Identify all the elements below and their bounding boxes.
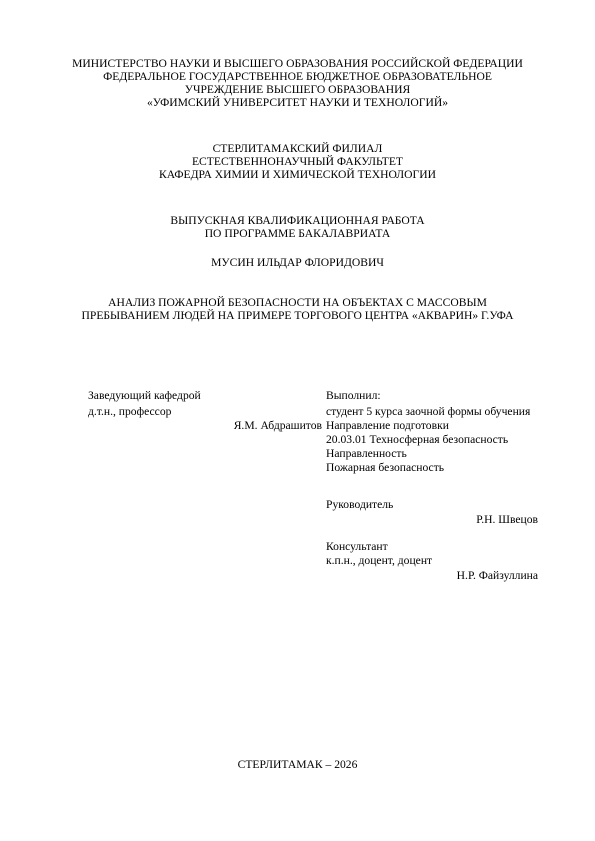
header-line: МИНИСТЕРСТВО НАУКИ И ВЫСШЕГО ОБРАЗОВАНИЯ… xyxy=(0,57,595,70)
branch-block: СТЕРЛИТАМАКСКИЙ ФИЛИАЛ ЕСТЕСТВЕННОНАУЧНЫ… xyxy=(0,142,595,181)
topic-line: ПРЕБЫВАНИЕМ ЛЮДЕЙ НА ПРИМЕРЕ ТОРГОВОГО Ц… xyxy=(0,309,595,322)
program-type: ПО ПРОГРАММЕ БАКАЛАВРИАТА xyxy=(0,227,595,240)
header-line: ФЕДЕРАЛЬНОЕ ГОСУДАРСТВЕННОЕ БЮДЖЕТНОЕ ОБ… xyxy=(0,70,595,83)
performer-label: Выполнил: xyxy=(326,389,530,403)
consultant-degree: к.п.н., доцент, доцент xyxy=(326,554,432,568)
author-name: МУСИН ИЛЬДАР ФЛОРИДОВИЧ xyxy=(0,256,595,269)
header-line: УЧРЕЖДЕНИЕ ВЫСШЕГО ОБРАЗОВАНИЯ xyxy=(0,83,595,96)
title-page: МИНИСТЕРСТВО НАУКИ И ВЫСШЕГО ОБРАЗОВАНИЯ… xyxy=(0,0,595,841)
head-name: Я.М. Абдрашитов xyxy=(88,419,322,433)
faculty-name: ЕСТЕСТВЕННОНАУЧНЫЙ ФАКУЛЬТЕТ xyxy=(0,155,595,168)
work-type-block: ВЫПУСКНАЯ КВАЛИФИКАЦИОННАЯ РАБОТА ПО ПРО… xyxy=(0,214,595,240)
performer-block: Выполнил: студент 5 курса заочной формы … xyxy=(326,389,530,475)
supervisor-name: Р.Н. Швецов xyxy=(476,513,538,527)
direction-label: Направление подготовки xyxy=(326,419,530,433)
direction-value: 20.03.01 Техносферная безопасность xyxy=(326,433,530,447)
ministry-header: МИНИСТЕРСТВО НАУКИ И ВЫСШЕГО ОБРАЗОВАНИЯ… xyxy=(0,57,595,109)
focus-label: Направленность xyxy=(326,447,530,461)
performer-status: студент 5 курса заочной формы обучения xyxy=(326,405,530,419)
university-name: «УФИМСКИЙ УНИВЕРСИТЕТ НАУКИ И ТЕХНОЛОГИЙ… xyxy=(0,96,595,109)
department-name: КАФЕДРА ХИМИИ И ХИМИЧЕСКОЙ ТЕХНОЛОГИИ xyxy=(0,168,595,181)
thesis-topic: АНАЛИЗ ПОЖАРНОЙ БЕЗОПАСНОСТИ НА ОБЪЕКТАХ… xyxy=(0,296,595,322)
city-year: СТЕРЛИТАМАК – 2026 xyxy=(0,758,595,771)
branch-name: СТЕРЛИТАМАКСКИЙ ФИЛИАЛ xyxy=(0,142,595,155)
head-degree: д.т.н., профессор xyxy=(88,405,323,419)
work-type: ВЫПУСКНАЯ КВАЛИФИКАЦИОННАЯ РАБОТА xyxy=(0,214,595,227)
consultant-label: Консультант xyxy=(326,540,388,554)
head-of-department-block: Заведующий кафедрой д.т.н., профессор Я.… xyxy=(88,389,323,433)
focus-value: Пожарная безопасность xyxy=(326,461,530,475)
consultant-name: Н.Р. Файзуллина xyxy=(457,569,538,583)
supervisor-label: Руководитель xyxy=(326,498,393,512)
head-title: Заведующий кафедрой xyxy=(88,389,323,403)
topic-line: АНАЛИЗ ПОЖАРНОЙ БЕЗОПАСНОСТИ НА ОБЪЕКТАХ… xyxy=(0,296,595,309)
